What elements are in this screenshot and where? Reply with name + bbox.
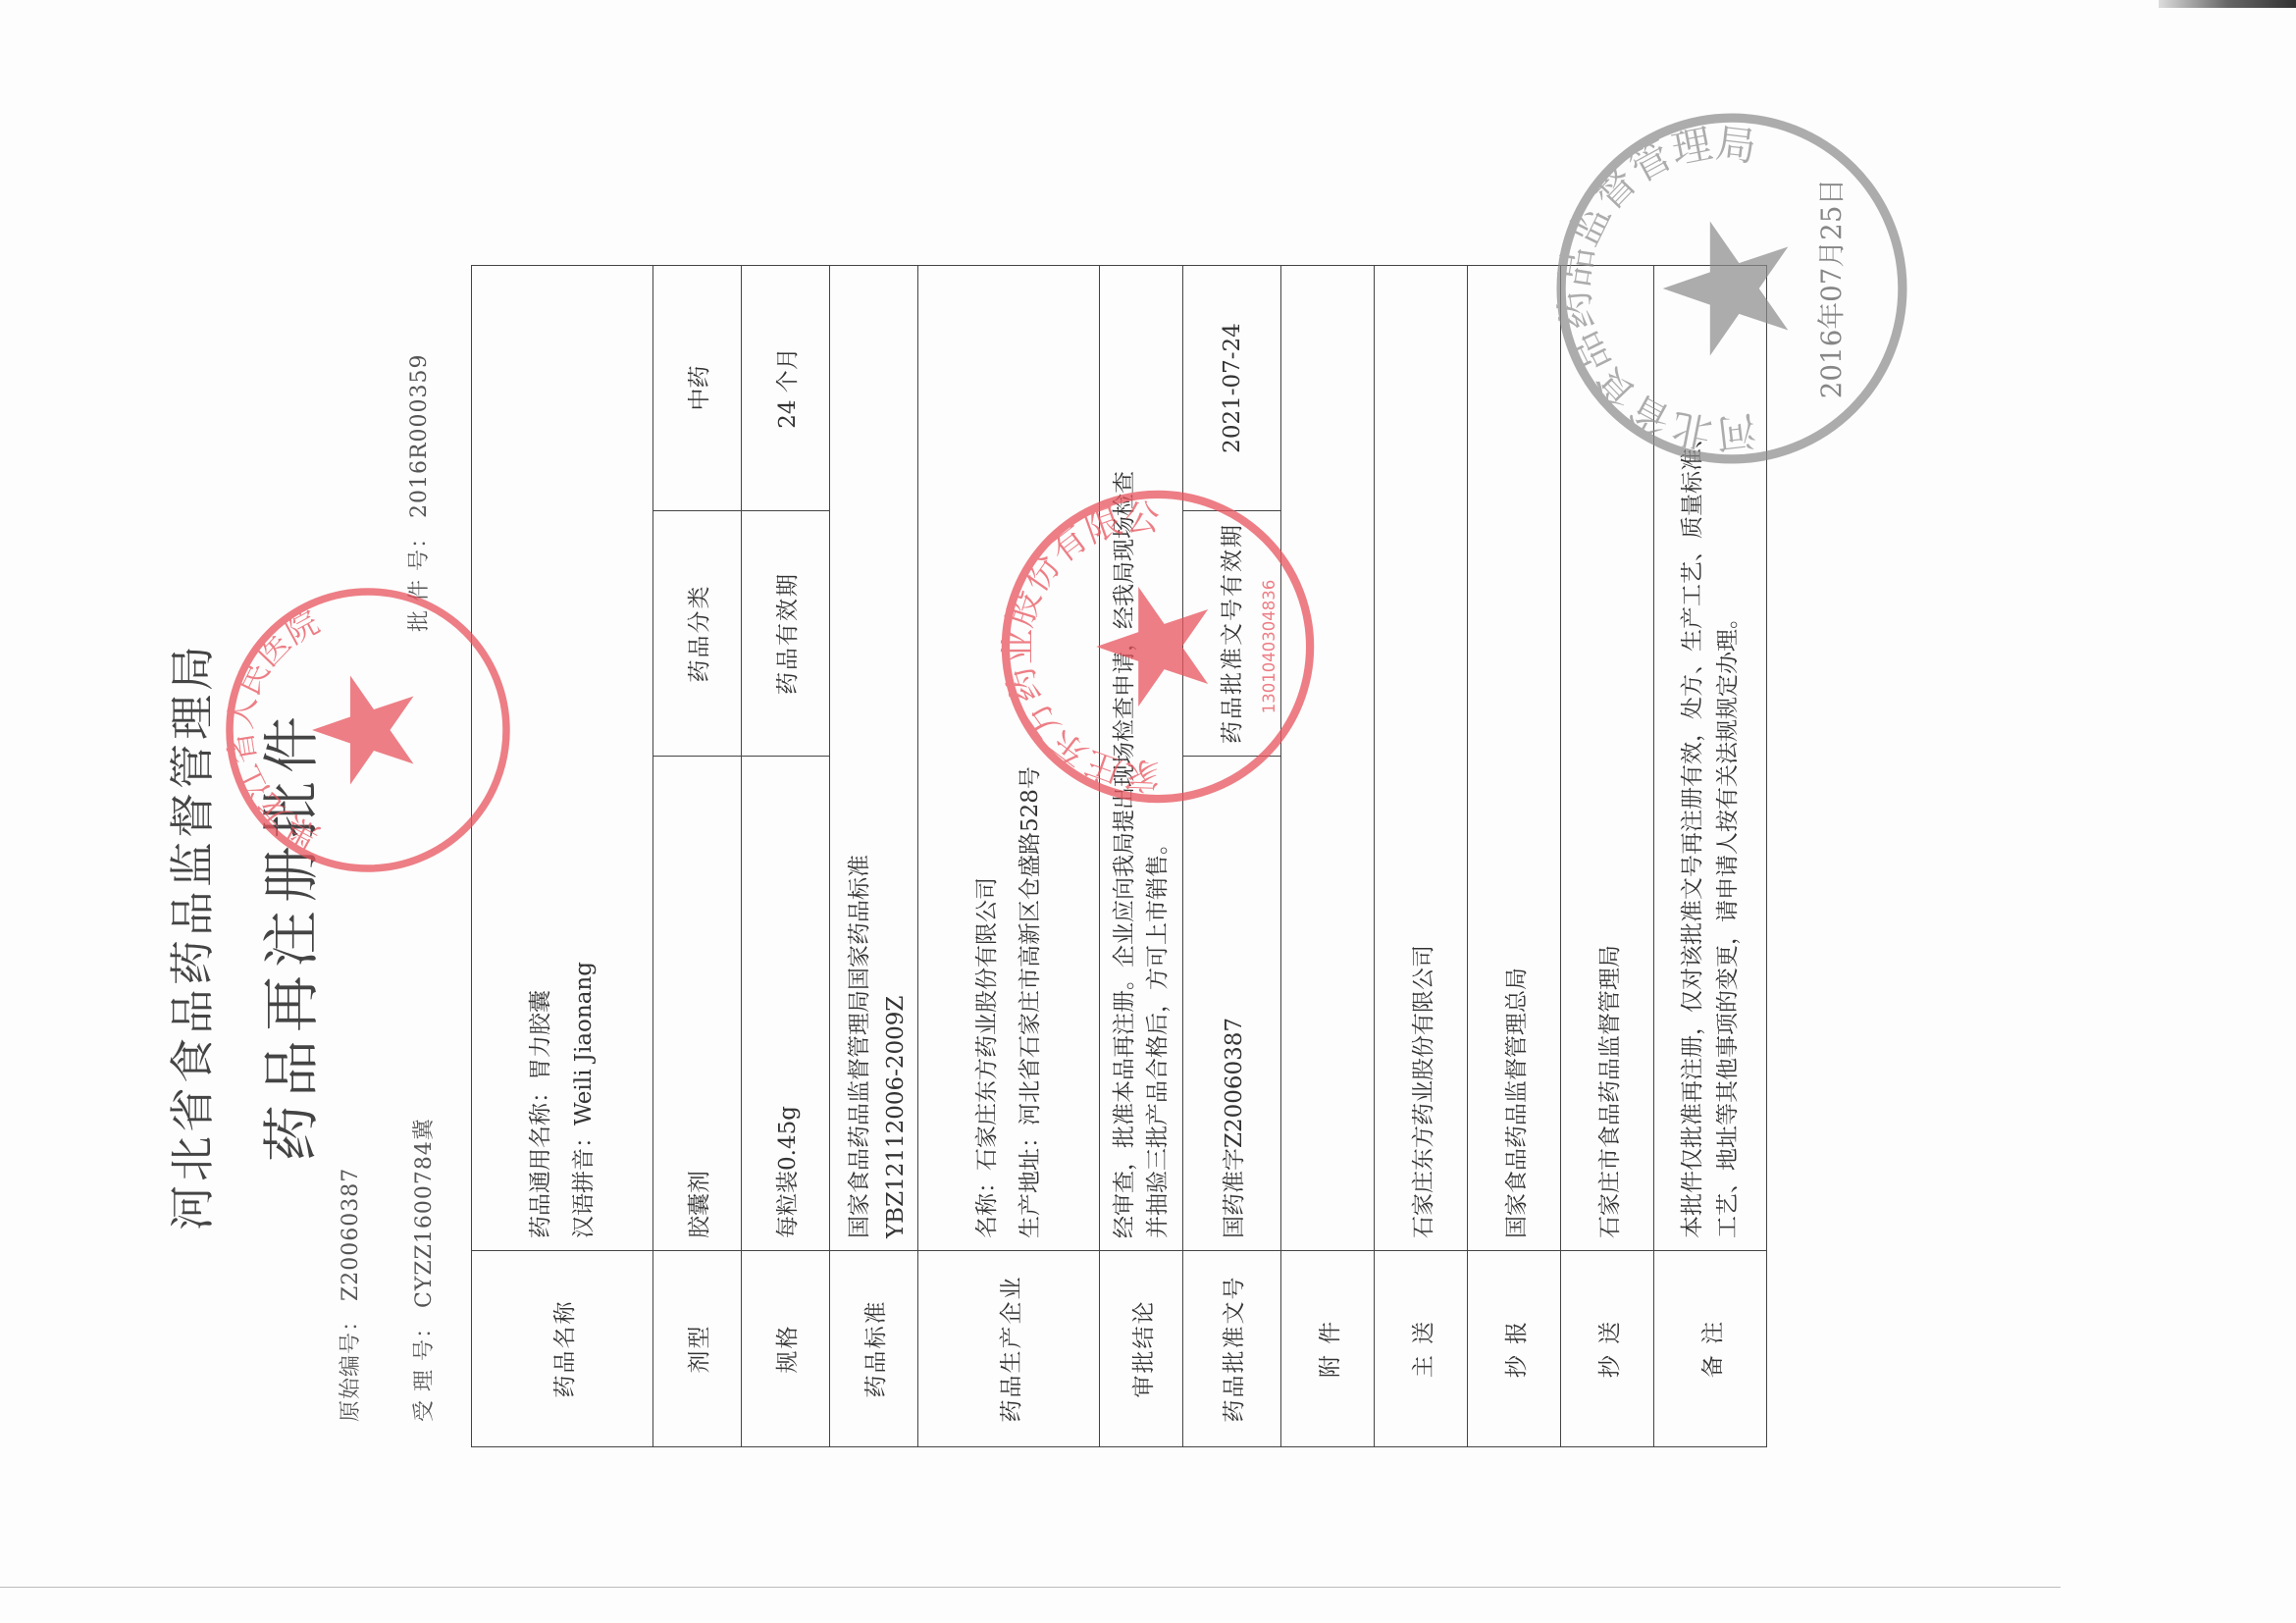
category-value: 中药 — [653, 266, 742, 511]
row-main-recipient: 主 送 石家庄东方药业股份有限公司 — [1375, 266, 1468, 1447]
label-remarks: 备 注 — [1654, 1251, 1767, 1447]
label-manufacturer: 药品生产企业 — [918, 1251, 1100, 1447]
label-specification: 规格 — [742, 1251, 830, 1447]
label-main-recipient: 主 送 — [1375, 1251, 1468, 1447]
label-category: 药品分类 — [653, 511, 742, 757]
label-approval-doc: 药品批准文号 — [1183, 1251, 1281, 1447]
label-drug-name: 药品名称 — [472, 1251, 653, 1447]
generic-name-label: 药品通用名称： — [528, 1080, 553, 1238]
label-dosage-form: 剂型 — [653, 1251, 742, 1447]
label-cc-send: 抄 送 — [1561, 1251, 1654, 1447]
issuing-organization: 河北省食品药品监督管理局 — [157, 642, 222, 1230]
label-conclusion: 审批结论 — [1100, 1251, 1183, 1447]
standard-line-1: 国家食品药品监督管理局国家药品标准 — [838, 278, 881, 1238]
generic-name-line: 药品通用名称：胃力胶囊 — [519, 278, 562, 1238]
original-number: 原始编号： Z20060387 — [334, 1168, 364, 1422]
row-attachment: 附 件 — [1281, 266, 1375, 1447]
approval-document-page: 河北省食品药品监督管理局 药品再注册批件 原始编号： Z20060387 受 理… — [0, 0, 2296, 1623]
pinyin-label: 汉语拼音： — [571, 1126, 597, 1238]
pinyin-line: 汉语拼音：Weili Jiaonang — [562, 278, 605, 1238]
label-standard: 药品标准 — [830, 1251, 918, 1447]
svg-text:2016年07月25日: 2016年07月25日 — [1815, 179, 1848, 399]
row-cc-report: 抄 报 国家食品药品监督管理总局 — [1468, 266, 1561, 1447]
red-seal-company: 石家庄东方药业股份有限公司1301040304836 — [996, 485, 1320, 809]
row-specification: 规格 每粒装0.45g 药品有效期 24 个月 — [742, 266, 830, 1447]
standard-cell: 国家食品药品监督管理局国家药品标准 YBZ12112006-2009Z — [830, 266, 918, 1251]
approval-validity-value: 2021-07-24 — [1183, 266, 1281, 511]
label-cc-report: 抄 报 — [1468, 1251, 1561, 1447]
original-number-label: 原始编号： — [339, 1309, 363, 1422]
svg-text:1301040304836: 1301040304836 — [1260, 580, 1278, 713]
pinyin-value: Weili Jiaonang — [571, 962, 597, 1126]
generic-name-value: 胃力胶囊 — [528, 990, 553, 1080]
row-dosage-form: 剂型 胶囊剂 药品分类 中药 — [653, 266, 742, 1447]
row-manufacturer: 药品生产企业 名称：石家庄东方药业股份有限公司 生产地址：河北省石家庄市高新区仓… — [918, 266, 1100, 1447]
row-approval-doc: 药品批准文号 国药准字Z20060387 药品批准文号有效期 2021-07-2… — [1183, 266, 1281, 1447]
approval-number-value: 2016R000359 — [407, 353, 432, 518]
cc-report-value: 国家食品药品监督管理总局 — [1468, 266, 1561, 1251]
original-number-value: Z20060387 — [339, 1168, 363, 1301]
approval-doc-value: 国药准字Z20060387 — [1183, 757, 1281, 1251]
svg-text:黑龙江省人民医院: 黑龙江省人民医院 — [221, 602, 325, 858]
acceptance-number: 受 理 号： CYZZ1600784冀 — [407, 1118, 438, 1422]
specification-value: 每粒装0.45g — [742, 757, 830, 1251]
main-recipient-value: 石家庄东方药业股份有限公司 — [1375, 266, 1468, 1251]
gray-seal-bureau: 河北省食品药品监督管理局2016年07月25日 — [1550, 107, 1913, 470]
red-seal-hospital: 黑龙江省人民医院 — [221, 583, 515, 877]
acceptance-number-value: CYZZ1600784冀 — [412, 1118, 437, 1308]
label-attachment: 附 件 — [1281, 1251, 1375, 1447]
acceptance-number-label: 受 理 号： — [412, 1316, 437, 1422]
row-standard: 药品标准 国家食品药品监督管理局国家药品标准 YBZ12112006-2009Z — [830, 266, 918, 1447]
row-conclusion: 审批结论 经审查，批准本品再注册。企业应向我局提出现场检查申请，经我局现场检查 … — [1100, 266, 1183, 1447]
validity-value: 24 个月 — [742, 266, 830, 511]
label-validity: 药品有效期 — [742, 511, 830, 757]
dosage-form-value: 胶囊剂 — [653, 757, 742, 1251]
standard-line-2: YBZ12112006-2009Z — [881, 278, 911, 1238]
